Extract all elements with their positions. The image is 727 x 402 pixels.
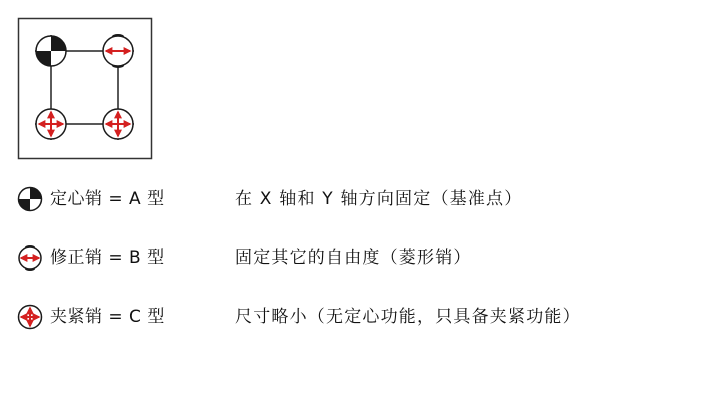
legend-label: 夹紧销 = C 型 — [50, 306, 165, 328]
locating-pin-icon — [36, 36, 66, 66]
clamping-pin-icon — [103, 109, 133, 139]
legend-description: 在 X 轴和 Y 轴方向固定（基准点） — [235, 188, 522, 210]
clamping-pin-icon — [17, 304, 43, 330]
locating-pin-icon — [17, 186, 43, 212]
diamond-pin-icon — [103, 34, 133, 68]
legend-description: 固定其它的自由度（菱形销） — [235, 247, 472, 269]
pin-layout-diagram — [0, 0, 170, 170]
diagram-frame — [19, 19, 152, 159]
legend-row-b: 修正销 = B 型 固定其它的自由度（菱形销） — [0, 245, 727, 271]
diamond-pin-icon — [17, 245, 43, 271]
legend-label: 定心销 = A 型 — [50, 188, 165, 210]
clamping-pin-icon — [36, 109, 66, 139]
legend-row-a: 定心销 = A 型 在 X 轴和 Y 轴方向固定（基准点） — [0, 186, 727, 212]
legend-row-c: 夹紧销 = C 型 尺寸略小（无定心功能，只具备夹紧功能） — [0, 304, 727, 330]
legend-label: 修正销 = B 型 — [50, 247, 165, 269]
legend-description: 尺寸略小（无定心功能，只具备夹紧功能） — [235, 306, 581, 328]
